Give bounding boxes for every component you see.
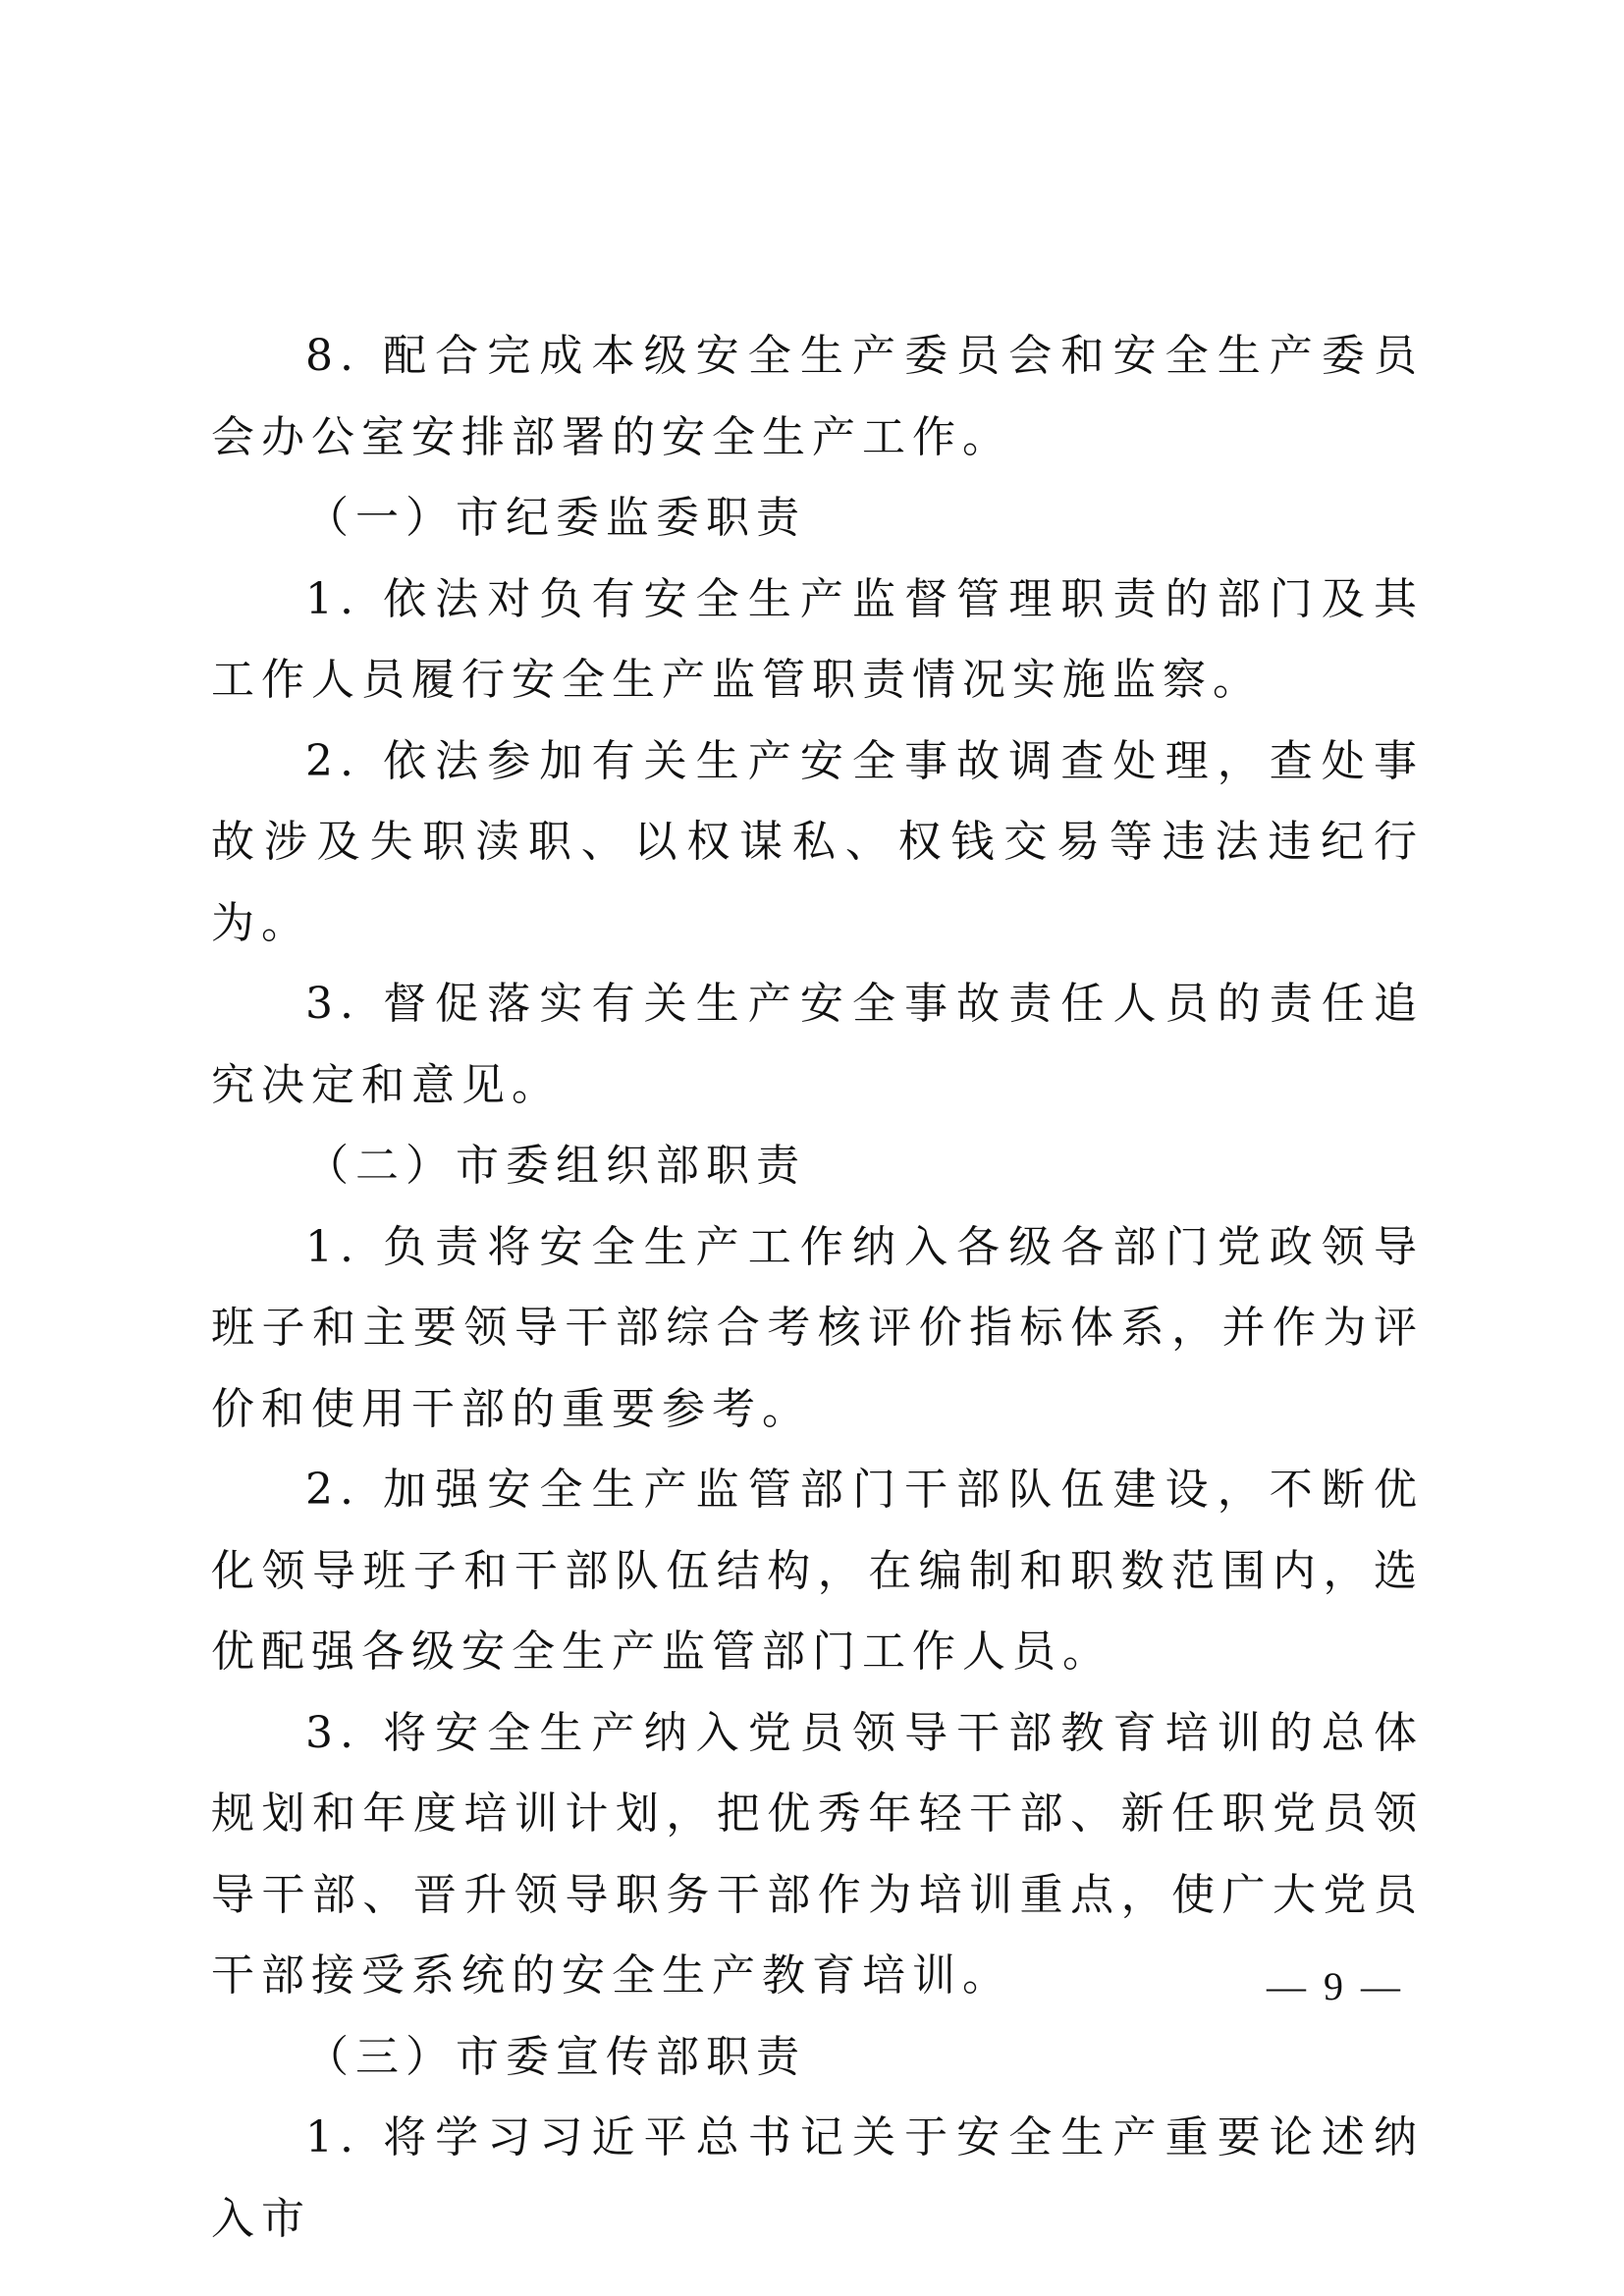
document-page: 8. 配合完成本级安全生产委员会和安全生产委员会办公室安排部署的安全生产工作。 … — [0, 0, 1624, 2296]
section-heading-discipline-commission: （一）市纪委监委职责 — [211, 478, 1424, 560]
page-number: — 9 — — [1267, 1963, 1404, 2009]
section-heading-organization-dept: （二）市委组织部职责 — [211, 1126, 1424, 1207]
paragraph-item-1: 1. 负责将安全生产工作纳入各级各部门党政领导班子和主要领导干部综合考核评价指标… — [211, 1207, 1424, 1451]
paragraph-item-2: 2. 加强安全生产监管部门干部队伍建设，不断优化领导班子和干部队伍结构，在编制和… — [211, 1450, 1424, 1693]
section-heading-publicity-dept: （三）市委宣传部职责 — [211, 2017, 1424, 2099]
paragraph-item-3: 3. 督促落实有关生产安全事故责任人员的责任追究决定和意见。 — [211, 964, 1424, 1126]
paragraph-item-1: 1. 将学习习近平总书记关于安全生产重要论述纳入市 — [211, 2098, 1424, 2260]
paragraph-item-8: 8. 配合完成本级安全生产委员会和安全生产委员会办公室安排部署的安全生产工作。 — [211, 316, 1424, 478]
document-body: 8. 配合完成本级安全生产委员会和安全生产委员会办公室安排部署的安全生产工作。 … — [211, 316, 1424, 2260]
paragraph-item-1: 1. 依法对负有安全生产监督管理职责的部门及其工作人员履行安全生产监管职责情况实… — [211, 560, 1424, 721]
paragraph-item-3: 3. 将安全生产纳入党员领导干部教育培训的总体规划和年度培训计划，把优秀年轻干部… — [211, 1693, 1424, 2017]
paragraph-item-2: 2. 依法参加有关生产安全事故调查处理，查处事故涉及失职渎职、以权谋私、权钱交易… — [211, 721, 1424, 965]
